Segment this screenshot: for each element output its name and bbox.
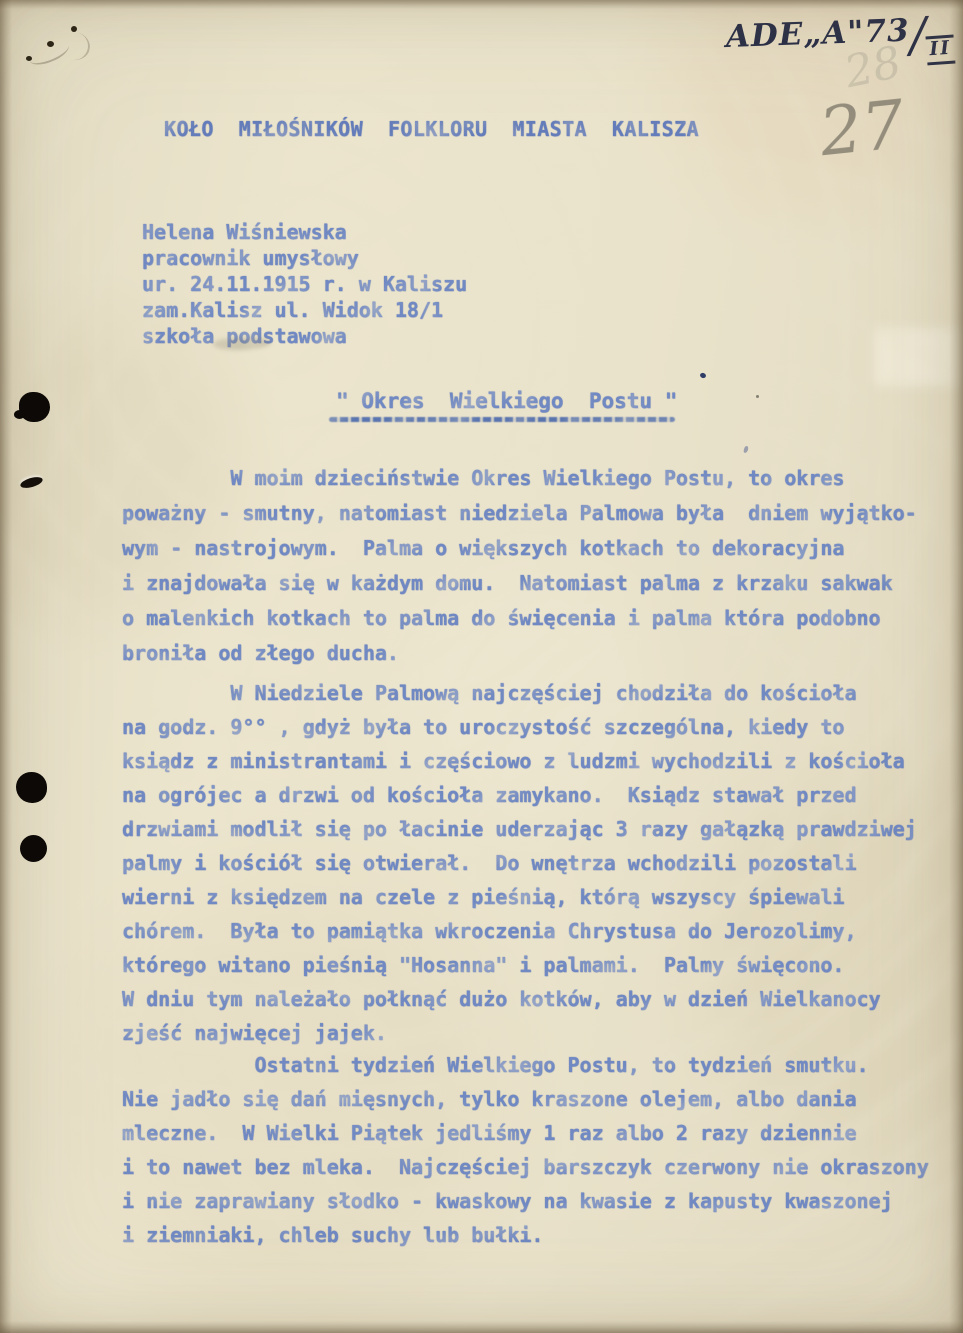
paragraph-3: Ostatni tydzień Wielkiego Postu, to tydz… xyxy=(122,1048,929,1252)
text-line: mleczne. W Wielki Piątek jedliśmy 1 raz … xyxy=(122,1116,929,1150)
text-line: W moim dzieciństwie Okres Wielkiego Post… xyxy=(122,461,917,496)
author-line: Helena Wiśniewska xyxy=(142,219,467,245)
text-line: i ziemniaki, chleb suchy lub bułki. xyxy=(122,1218,929,1252)
author-line: ur. 24.11.1915 r. w Kaliszu xyxy=(142,271,467,297)
text-line: i to nawet bez mleka. Najczęściej barszc… xyxy=(122,1150,929,1184)
hole-punch-top xyxy=(19,392,50,422)
text-line: palmy i kościół się otwierał. Do wnętrza… xyxy=(122,846,917,880)
text-line: o malenkich kotkach to palma do święceni… xyxy=(122,601,917,636)
text-line: W dniu tym należało połknąć dużo kotków,… xyxy=(122,982,917,1016)
text-line: wierni z księdzem na czele z pieśnią, kt… xyxy=(122,880,917,914)
scan-light-patch xyxy=(874,328,962,386)
text-line: drzwiami modlił się po łacinie uderzając… xyxy=(122,812,917,846)
text-line: poważny - smutny, natomiast niedziela Pa… xyxy=(122,496,917,531)
archive-reference: ADE„A"73/II xyxy=(725,6,955,70)
author-line: zam.Kalisz ul. Widok 18/1 xyxy=(142,297,467,323)
title-underline xyxy=(329,417,675,422)
text-line: wym - nastrojowym. Palma o większych kot… xyxy=(122,531,917,566)
paper-tear xyxy=(19,475,44,490)
text-line: na ogrójec a drzwi od kościoła zamykano.… xyxy=(122,778,917,812)
text-line: broniła od złego ducha. xyxy=(122,636,917,671)
organization-header: KOŁO MIŁOŚNIKÓW FOLKLORU MIASTA KALISZA xyxy=(164,117,699,141)
text-line: na godz. 9°° , gdyż była to uroczystość … xyxy=(122,710,917,744)
document-title: " Okres Wielkiego Postu " xyxy=(336,389,677,413)
text-line: którego witano pieśnią "Hosanna" i palma… xyxy=(122,948,917,982)
archive-ref-slash: / xyxy=(909,7,927,64)
text-line: ksiądz z ministrantami i częściowo z lud… xyxy=(122,744,917,778)
archive-ref-roman-numeral: II xyxy=(925,35,955,66)
author-block: Helena Wiśniewskapracownik umysłowyur. 2… xyxy=(142,219,467,349)
ink-speck xyxy=(756,395,759,398)
text-line: Ostatni tydzień Wielkiego Postu, to tydz… xyxy=(122,1048,929,1082)
ink-speck xyxy=(743,446,749,454)
text-line: i znajdowała się w każdym domu. Natomias… xyxy=(122,566,917,601)
author-line: pracownik umysłowy xyxy=(142,245,467,271)
author-line: szkoła podstawowa xyxy=(142,323,467,349)
pen-scribble-stroke xyxy=(55,29,92,63)
paragraph-2: W Niedziele Palmową najczęściej chodziła… xyxy=(122,676,917,1050)
text-line: Nie jadło się dań mięsnych, tylko kraszo… xyxy=(122,1082,929,1116)
text-line: W Niedziele Palmową najczęściej chodziła… xyxy=(122,676,917,710)
hole-punch-middle xyxy=(16,772,47,803)
text-line: i nie zaprawiany słodko - kwaskowy na kw… xyxy=(122,1184,929,1218)
pencil-page-number: 27 xyxy=(816,86,908,171)
hole-punch-lower xyxy=(20,835,47,862)
ink-speck xyxy=(699,372,706,379)
text-line: chórem. Była to pamiątka wkroczenia Chry… xyxy=(122,914,917,948)
scanned-document-page: { "colors": { "ink_blue": "#7089c3", "ha… xyxy=(0,0,963,1333)
paragraph-1: W moim dzieciństwie Okres Wielkiego Post… xyxy=(122,461,917,671)
text-line: zjeść najwięcej jajek. xyxy=(122,1016,917,1050)
